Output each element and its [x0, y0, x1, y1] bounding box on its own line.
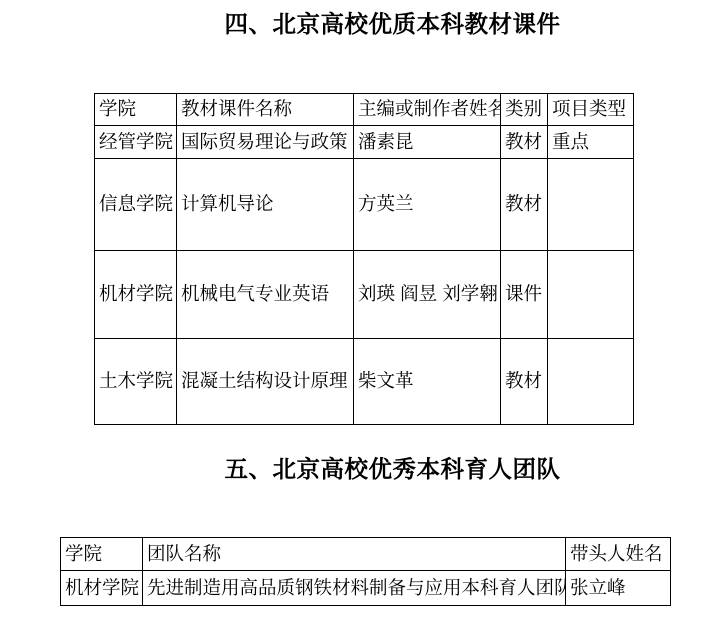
cell-editor: 刘瑛 阎昱 刘学翱 [354, 251, 501, 339]
table-header-row: 学院 教材课件名称 主编或制作者姓名 类别 项目类型 [95, 94, 634, 126]
header-cell-editor: 主编或制作者姓名 [354, 94, 501, 126]
cell-editor: 方英兰 [354, 159, 501, 251]
header-cell-leader: 带头人姓名 [566, 538, 671, 571]
table-row: 机材学院 先进制造用高品质钢铁材料制备与应用本科育人团队 张立峰 [61, 571, 671, 606]
cell-material: 混凝土结构设计原理 [177, 339, 354, 425]
cell-leader: 张立峰 [566, 571, 671, 606]
cell-editor: 柴文革 [354, 339, 501, 425]
cell-category: 教材 [501, 339, 548, 425]
header-cell-team-name: 团队名称 [143, 538, 566, 571]
cell-category: 教材 [501, 126, 548, 159]
table-row: 土木学院 混凝土结构设计原理 柴文革 教材 [95, 339, 634, 425]
header-cell-category: 类别 [501, 94, 548, 126]
table-header-row: 学院 团队名称 带头人姓名 [61, 538, 671, 571]
table-row: 经管学院 国际贸易理论与政策 潘素昆 教材 重点 [95, 126, 634, 159]
table-row: 信息学院 计算机导论 方英兰 教材 [95, 159, 634, 251]
quality-textbook-courseware-table: 学院 教材课件名称 主编或制作者姓名 类别 项目类型 经管学院 国际贸易理论与政… [94, 93, 634, 425]
cell-college: 机材学院 [95, 251, 177, 339]
cell-editor: 潘素昆 [354, 126, 501, 159]
cell-college: 机材学院 [61, 571, 143, 606]
header-cell-project-type: 项目类型 [548, 94, 634, 126]
header-cell-college: 学院 [61, 538, 143, 571]
header-cell-material: 教材课件名称 [177, 94, 354, 126]
cell-project-type [548, 339, 634, 425]
cell-college: 信息学院 [95, 159, 177, 251]
cell-team-name: 先进制造用高品质钢铁材料制备与应用本科育人团队 [143, 571, 566, 606]
section4-title: 四、北京高校优质本科教材课件 [0, 5, 715, 39]
cell-material: 计算机导论 [177, 159, 354, 251]
section5-title: 五、北京高校优秀本科育人团队 [0, 450, 715, 484]
cell-category: 课件 [501, 251, 548, 339]
table-row: 机材学院 机械电气专业英语 刘瑛 阎昱 刘学翱 课件 [95, 251, 634, 339]
cell-category: 教材 [501, 159, 548, 251]
education-team-table: 学院 团队名称 带头人姓名 机材学院 先进制造用高品质钢铁材料制备与应用本科育人… [60, 537, 671, 606]
cell-material: 国际贸易理论与政策 [177, 126, 354, 159]
cell-project-type [548, 251, 634, 339]
cell-project-type [548, 159, 634, 251]
cell-project-type: 重点 [548, 126, 634, 159]
cell-material: 机械电气专业英语 [177, 251, 354, 339]
cell-college: 经管学院 [95, 126, 177, 159]
header-cell-college: 学院 [95, 94, 177, 126]
cell-college: 土木学院 [95, 339, 177, 425]
